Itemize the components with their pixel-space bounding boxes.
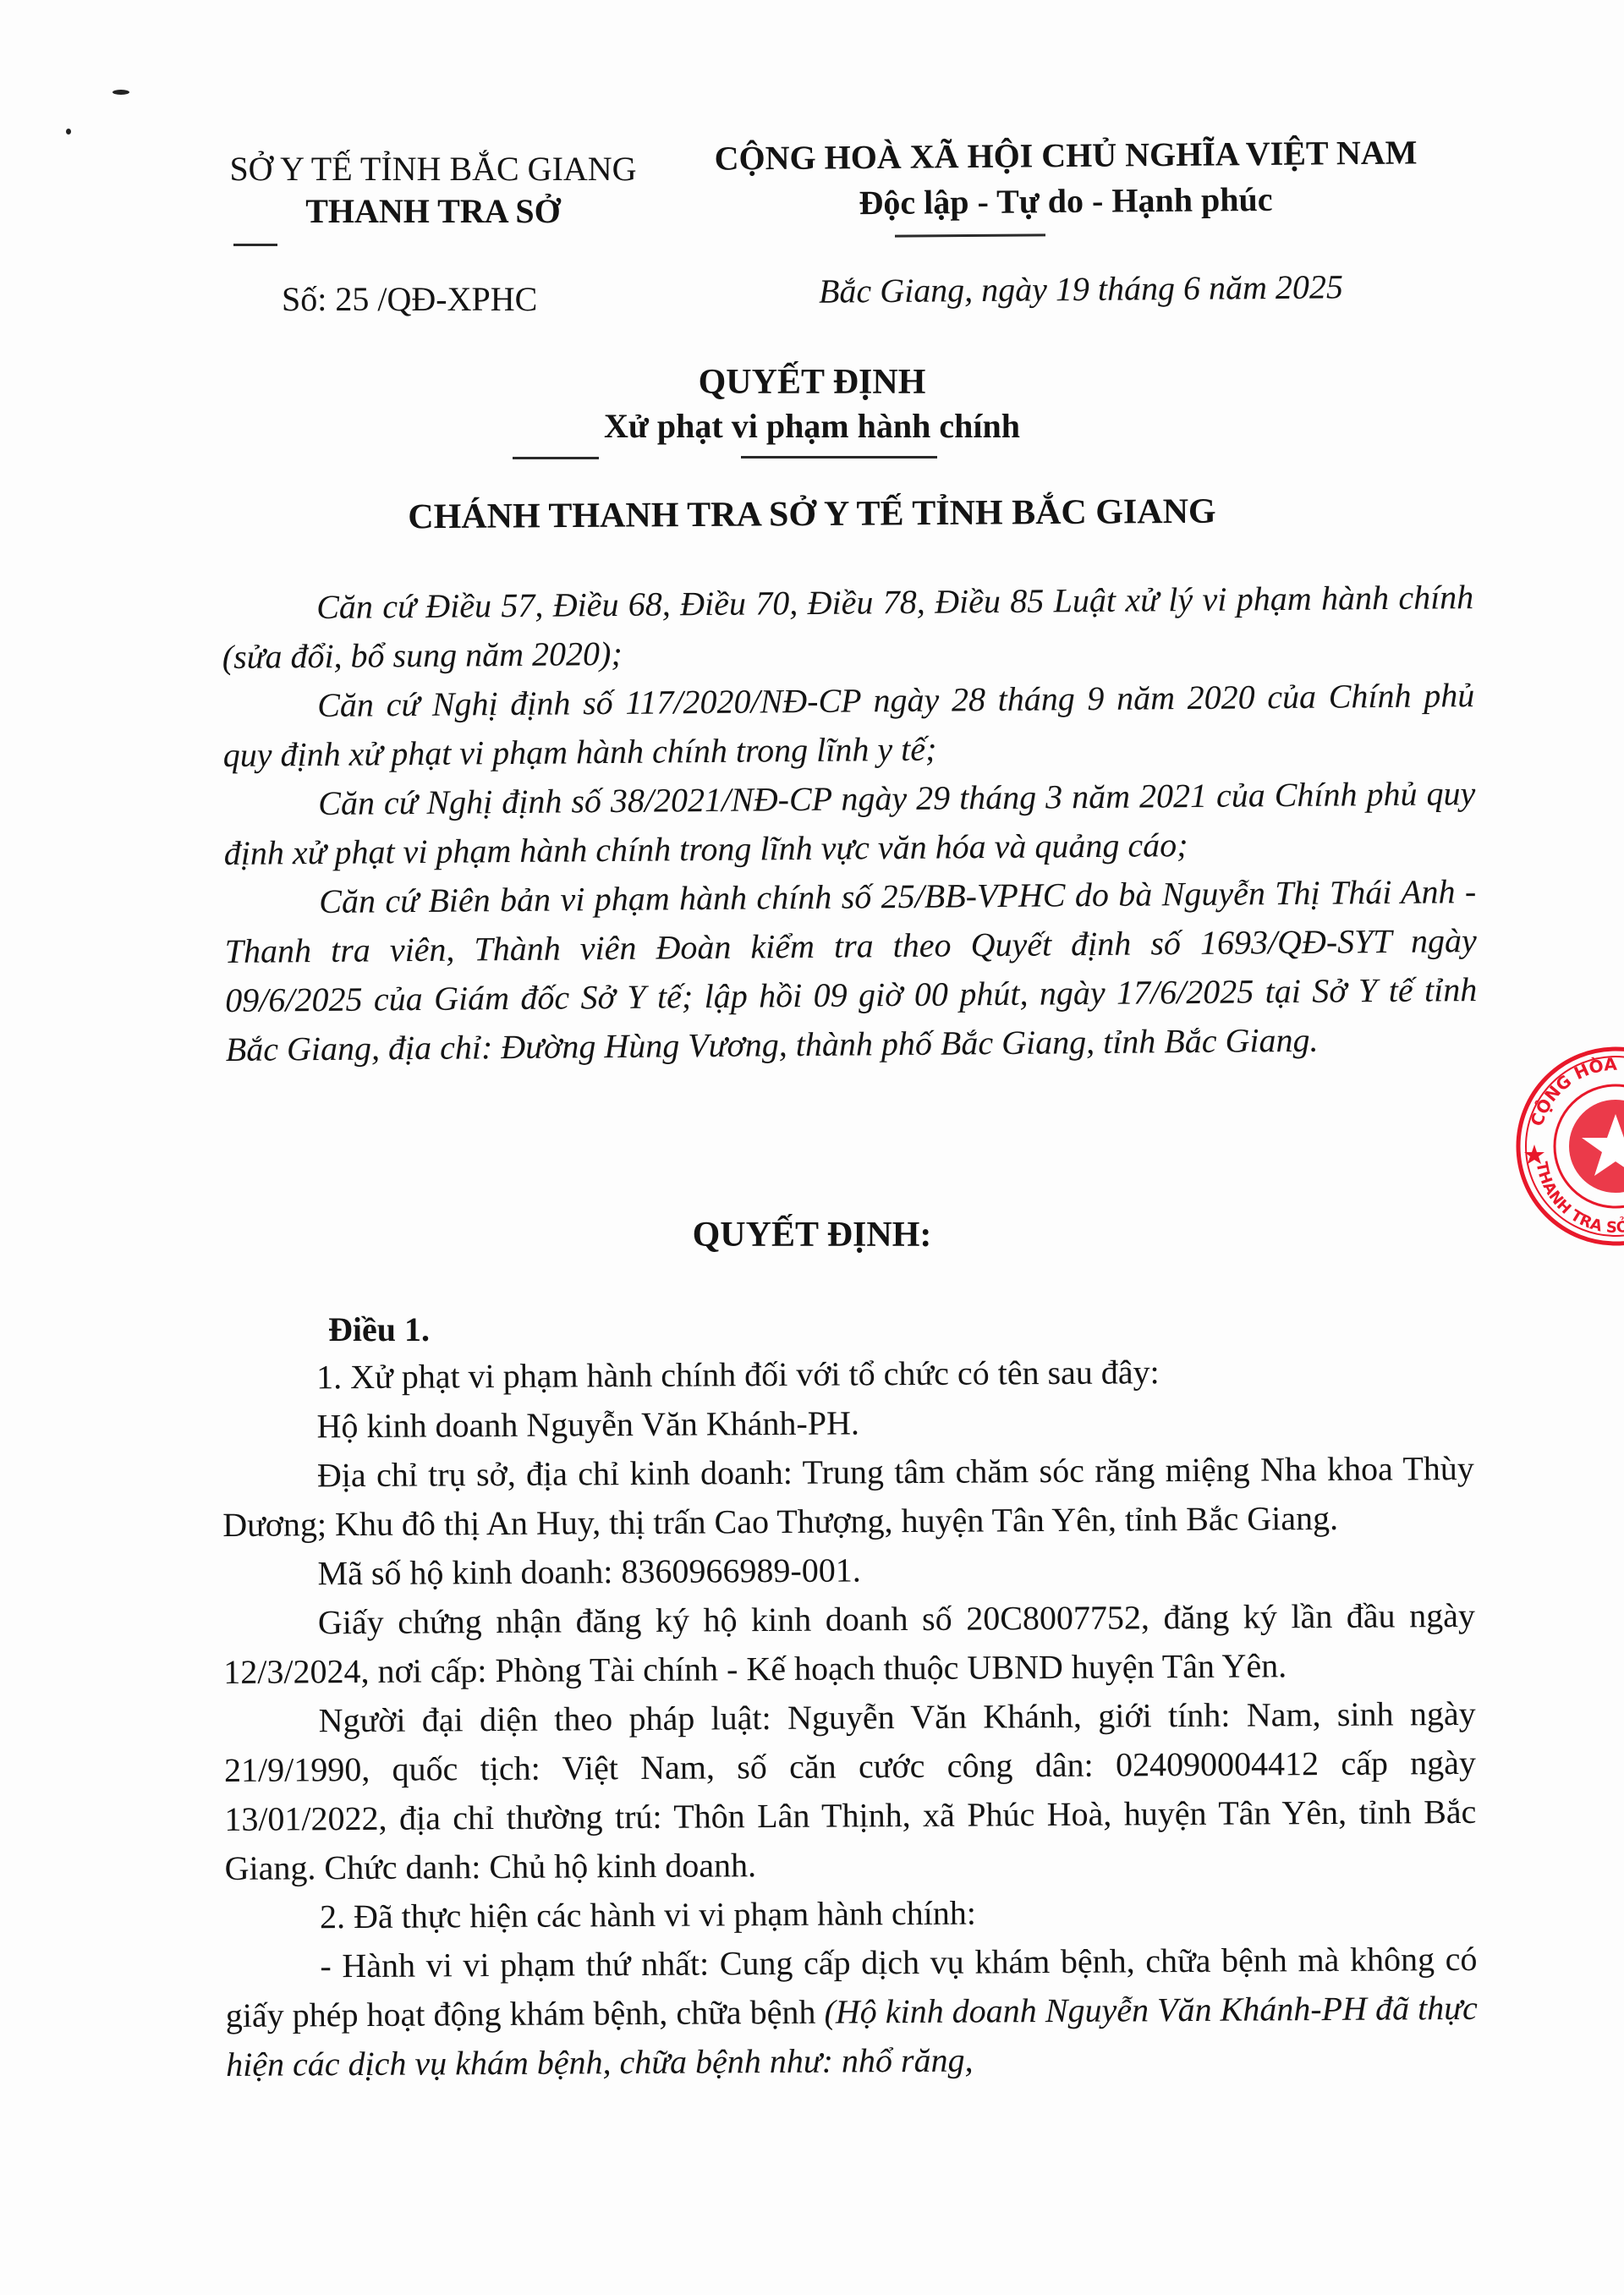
document-title: QUYẾT ĐỊNH xyxy=(474,362,1150,403)
scan-speck xyxy=(66,129,71,135)
country-name: CỘNG HOÀ XÃ HỘI CHỦ NGHĨA VIỆT NAM xyxy=(685,132,1446,178)
place-and-date: Bắc Giang, ngày 19 tháng 6 năm 2025 xyxy=(819,266,1343,310)
decision-heading: QUYẾT ĐỊNH: xyxy=(558,1215,1066,1255)
article-1-body: 1. Xử phạt vi phạm hành chính đối với tổ… xyxy=(222,1346,1478,2089)
business-code: Mã số hộ kinh doanh: 8360966989-001. xyxy=(222,1542,1474,1599)
article-1-item-1: 1. Xử phạt vi phạm hành chính đối với tổ… xyxy=(222,1346,1473,1403)
national-motto: Độc lập - Tự do - Hạnh phúc xyxy=(727,178,1404,224)
official-seal-icon: CỘNG HÒA THANH TRA SỞ xyxy=(1514,1045,1624,1248)
organization-address: Địa chỉ trụ sở, địa chỉ kinh doanh: Trun… xyxy=(222,1444,1475,1550)
article-1-item-2: 2. Đã thực hiện các hành vi vi phạm hành… xyxy=(225,1886,1477,1942)
agency-parent: SỞ Y TẾ TỈNH BẮC GIANG xyxy=(213,149,653,189)
organization-name: Hộ kinh doanh Nguyễn Văn Khánh-PH. xyxy=(222,1395,1473,1452)
issuer-title: CHÁNH THANH TRA SỞ Y TẾ TỈNH BẮC GIANG xyxy=(304,491,1319,538)
document-page: SỞ Y TẾ TỈNH BẮC GIANG THANH TRA SỞ CỘNG… xyxy=(0,0,1624,2295)
scan-speck xyxy=(112,90,129,95)
article-1-heading: Điều 1. xyxy=(328,1309,430,1349)
motto-underline xyxy=(895,233,1045,237)
subtitle-line-real xyxy=(741,456,937,458)
business-registration: Giấy chứng nhận đăng ký hộ kinh doanh số… xyxy=(223,1591,1476,1697)
document-number: Số: 25 /QĐ-XPHC xyxy=(282,279,537,319)
legal-bases: Căn cứ Điều 57, Điều 68, Điều 70, Điều 7… xyxy=(222,573,1478,1074)
agency-name: THANH TRA SỞ xyxy=(213,191,653,231)
legal-basis-1: Căn cứ Điều 57, Điều 68, Điều 70, Điều 7… xyxy=(222,573,1474,682)
agency-underline xyxy=(233,244,277,246)
legal-basis-4: Căn cứ Biên bản vi phạm hành chính số 25… xyxy=(224,867,1478,1074)
document-subtitle: Xử phạt vi phạm hành chính xyxy=(474,406,1150,446)
subtitle-underline xyxy=(513,457,599,459)
legal-basis-2: Căn cứ Nghị định số 117/2020/NĐ-CP ngày … xyxy=(222,671,1475,780)
legal-representative: Người đại diện theo pháp luật: Nguyễn Vă… xyxy=(223,1689,1476,1893)
violation-1: - Hành vi vi phạm thứ nhất: Cung cấp dịc… xyxy=(225,1935,1478,2089)
legal-basis-3: Căn cứ Nghị định số 38/2021/NĐ-CP ngày 2… xyxy=(223,769,1476,878)
